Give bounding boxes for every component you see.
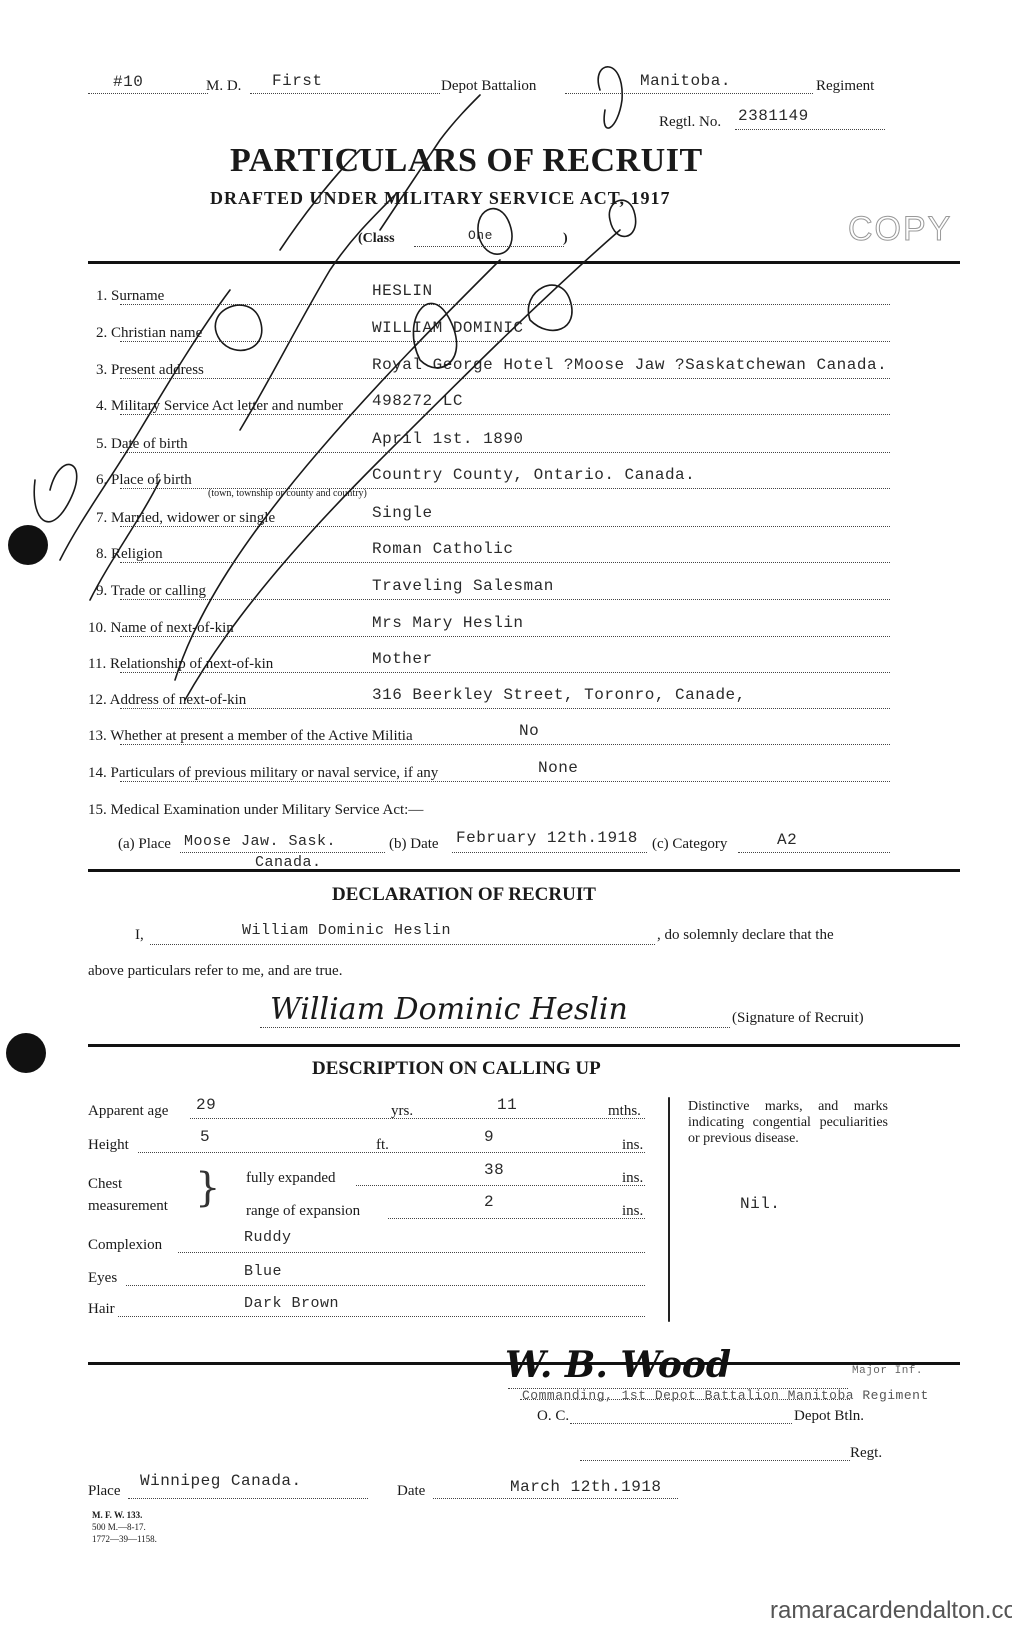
commanding-stamp: Commanding, 1st Depot Battalion Manitoba… bbox=[522, 1388, 929, 1403]
regiment-label: Regiment bbox=[816, 78, 874, 95]
ins-label: ins. bbox=[622, 1203, 643, 1220]
field-value: Traveling Salesman bbox=[372, 577, 554, 595]
medical-category-value: A2 bbox=[777, 831, 797, 849]
hair-value: Dark Brown bbox=[244, 1295, 339, 1312]
page-title: PARTICULARS OF RECRUIT bbox=[230, 142, 703, 180]
field-label: 8. Religion bbox=[96, 546, 163, 563]
copy-stamp: COPY bbox=[848, 210, 952, 249]
field-label: 5. Date of birth bbox=[96, 436, 188, 453]
field-label: 4. Military Service Act letter and numbe… bbox=[96, 398, 343, 415]
footer-date-value: March 12th.1918 bbox=[510, 1478, 662, 1496]
field-label: 7. Married, widower or single bbox=[96, 510, 275, 527]
eyes-label: Eyes bbox=[88, 1270, 117, 1287]
regt-label: Regt. bbox=[850, 1445, 882, 1462]
field-label: 14. Particulars of previous military or … bbox=[88, 765, 438, 782]
field-value: Roman Catholic bbox=[372, 540, 513, 558]
ins-label: ins. bbox=[622, 1137, 643, 1154]
regtl-no-value: 2381149 bbox=[738, 107, 809, 125]
age-label: Apparent age bbox=[88, 1103, 168, 1120]
field-note: (town, township or county and country) bbox=[208, 488, 367, 499]
footer-date-label: Date bbox=[397, 1483, 425, 1500]
range-label: range of expansion bbox=[246, 1203, 360, 1220]
declaration-suffix: , do solemnly declare that the bbox=[657, 927, 834, 944]
officer-rank: Major Inf. bbox=[852, 1365, 923, 1377]
md-value: First bbox=[272, 72, 323, 90]
declaration-name: William Dominic Heslin bbox=[242, 922, 451, 939]
signature-label: (Signature of Recruit) bbox=[732, 1010, 864, 1027]
field-value: WILLIAM DOMINIC bbox=[372, 319, 524, 337]
complexion-value: Ruddy bbox=[244, 1229, 292, 1246]
distinctive-marks-label: Distinctive marks, and marks indicating … bbox=[688, 1099, 888, 1147]
divider bbox=[88, 261, 960, 264]
footer-place-label: Place bbox=[88, 1483, 120, 1500]
depot-battalion-label: Depot Battalion bbox=[441, 78, 536, 95]
watermark: ramaracardendalton.com bbox=[770, 1597, 1012, 1625]
hair-label: Hair bbox=[88, 1301, 115, 1318]
eyes-value: Blue bbox=[244, 1263, 282, 1280]
field-value: 316 Beerkley Street, Toronro, Canade, bbox=[372, 686, 746, 704]
description-heading: DESCRIPTION ON CALLING UP bbox=[312, 1058, 601, 1080]
height-ins: 9 bbox=[484, 1128, 494, 1146]
medical-category-label: (c) Category bbox=[652, 836, 727, 853]
field-label: 11. Relationship of next-of-kin bbox=[88, 656, 273, 673]
field-value: Royal George Hotel ?Moose Jaw ?Saskatche… bbox=[372, 356, 887, 374]
distinctive-marks-value: Nil. bbox=[740, 1195, 780, 1213]
depot-btln-label: Depot Btln. bbox=[794, 1408, 864, 1425]
ins-label: ins. bbox=[622, 1170, 643, 1187]
medical-place-label: (a) Place bbox=[118, 836, 171, 853]
punch-hole-bottom bbox=[6, 1033, 46, 1073]
form-number: #10 bbox=[113, 73, 143, 91]
age-years: 29 bbox=[196, 1096, 216, 1114]
recruit-signature: William Dominic Heslin bbox=[270, 992, 628, 1027]
field-value: None bbox=[538, 759, 578, 777]
ft-label: ft. bbox=[376, 1137, 389, 1154]
marks-column-border bbox=[668, 1097, 670, 1322]
form-code-3: 1772—39—1158. bbox=[92, 1534, 157, 1544]
complexion-label: Complexion bbox=[88, 1237, 162, 1254]
field-label: 10. Name of next-of-kin bbox=[88, 620, 234, 637]
field-value: Country County, Ontario. Canada. bbox=[372, 466, 695, 484]
medical-date-label: (b) Date bbox=[389, 836, 439, 853]
declaration-line-2: above particulars refer to me, and are t… bbox=[88, 963, 342, 980]
form-code-2: 500 M.—8-17. bbox=[92, 1522, 146, 1532]
range-value: 2 bbox=[484, 1193, 494, 1211]
field-label: 15. Medical Examination under Military S… bbox=[88, 802, 423, 819]
field-label: 1. Surname bbox=[96, 288, 164, 305]
chest-label-1: Chest bbox=[88, 1176, 122, 1193]
field-label: 13. Whether at present a member of the A… bbox=[88, 728, 413, 745]
officer-signature: W. B. Wood bbox=[505, 1344, 731, 1386]
field-value: 498272 LC bbox=[372, 392, 463, 410]
field-value: Mrs Mary Heslin bbox=[372, 614, 524, 632]
field-value: Single bbox=[372, 504, 433, 522]
oc-label: O. C. bbox=[537, 1408, 569, 1425]
yrs-label: yrs. bbox=[391, 1103, 413, 1120]
field-label: 2. Christian name bbox=[96, 325, 202, 342]
chest-label-2: measurement bbox=[88, 1198, 168, 1215]
footer-place-value: Winnipeg Canada. bbox=[140, 1472, 302, 1490]
declaration-heading: DECLARATION OF RECRUIT bbox=[332, 884, 596, 906]
brace: } bbox=[195, 1165, 220, 1211]
field-label: 9. Trade or calling bbox=[96, 583, 206, 600]
field-label: 12. Address of next-of-kin bbox=[88, 692, 246, 709]
declaration-prefix: I, bbox=[135, 927, 144, 944]
punch-hole-top bbox=[8, 525, 48, 565]
medical-date-value: February 12th.1918 bbox=[456, 829, 638, 847]
regtl-no-label: Regtl. No. bbox=[659, 114, 721, 131]
form-code-1: M. F. W. 133. bbox=[92, 1510, 142, 1520]
divider bbox=[88, 1044, 960, 1047]
fully-expanded-value: 38 bbox=[484, 1161, 504, 1179]
depot-battalion-value: Manitoba. bbox=[640, 72, 731, 90]
field-value: HESLIN bbox=[372, 282, 433, 300]
page-subtitle: DRAFTED UNDER MILITARY SERVICE ACT, 1917 bbox=[210, 188, 670, 209]
field-label: 6. Place of birth bbox=[96, 472, 192, 489]
class-close: ) bbox=[563, 231, 568, 247]
class-value: One bbox=[468, 228, 493, 243]
mths-label: mths. bbox=[608, 1103, 641, 1120]
fully-expanded-label: fully expanded bbox=[246, 1170, 336, 1187]
height-label: Height bbox=[88, 1137, 129, 1154]
field-value: Mother bbox=[372, 650, 433, 668]
md-label: M. D. bbox=[206, 78, 241, 95]
field-label: 3. Present address bbox=[96, 362, 204, 379]
age-months: 11 bbox=[497, 1096, 517, 1114]
field-value: No bbox=[519, 722, 539, 740]
field-value: April 1st. 1890 bbox=[372, 430, 524, 448]
height-ft: 5 bbox=[200, 1128, 210, 1146]
medical-place-value: Moose Jaw. Sask. bbox=[184, 833, 336, 850]
divider bbox=[88, 869, 960, 872]
class-label: (Class bbox=[358, 231, 395, 247]
